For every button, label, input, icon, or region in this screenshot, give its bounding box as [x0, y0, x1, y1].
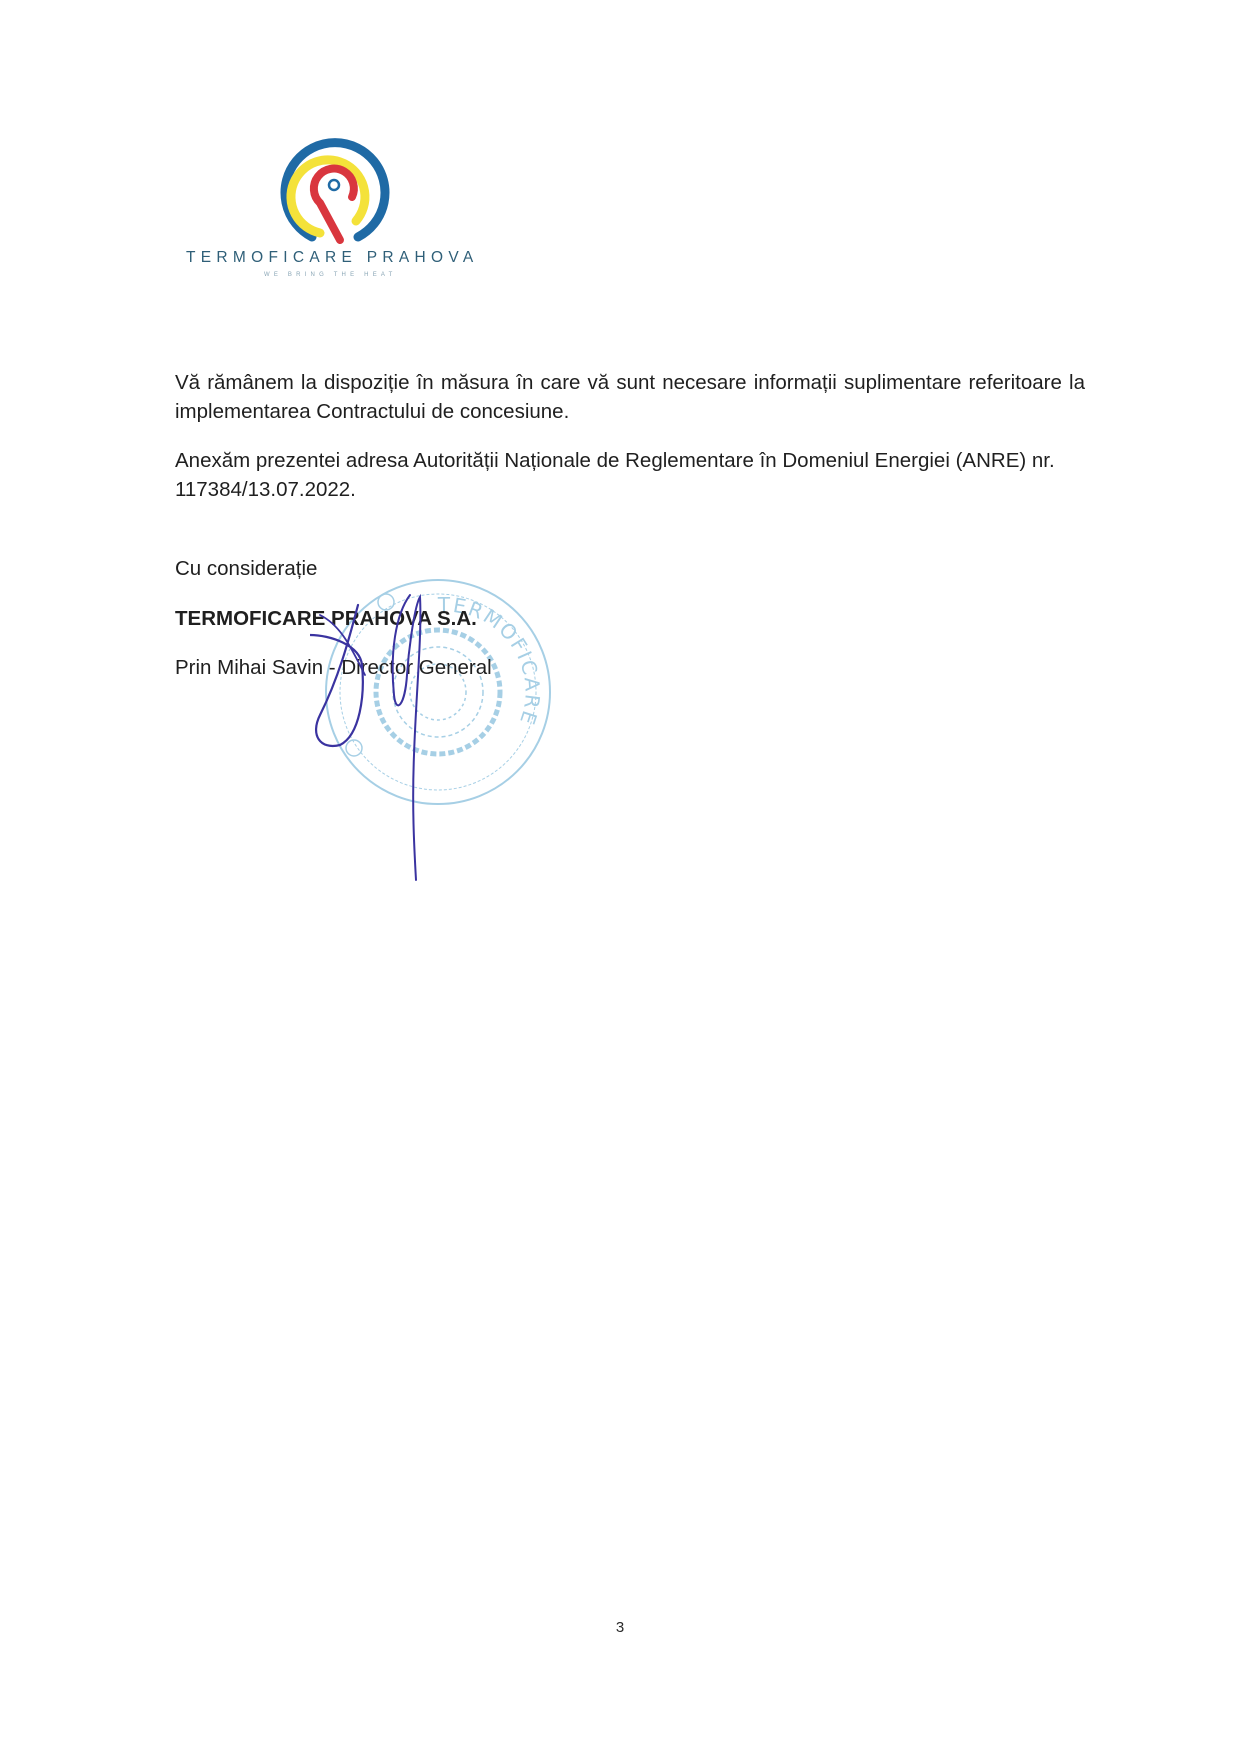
termoficare-prahova-logo-icon: [270, 125, 400, 250]
company-logo: [270, 125, 400, 250]
handwritten-signature: [310, 575, 510, 885]
signature-icon: [310, 575, 510, 885]
page-number: 3: [0, 1619, 1240, 1636]
brand-tagline: WE BRING THE HEAT: [264, 272, 397, 278]
paragraph-annex: Anexăm prezentei adresa Autorității Nați…: [175, 446, 1085, 504]
brand-name: TERMOFICARE PRAHOVA: [186, 249, 486, 267]
paragraph-availability: Vă rămânem la dispoziție în măsura în ca…: [175, 368, 1085, 426]
